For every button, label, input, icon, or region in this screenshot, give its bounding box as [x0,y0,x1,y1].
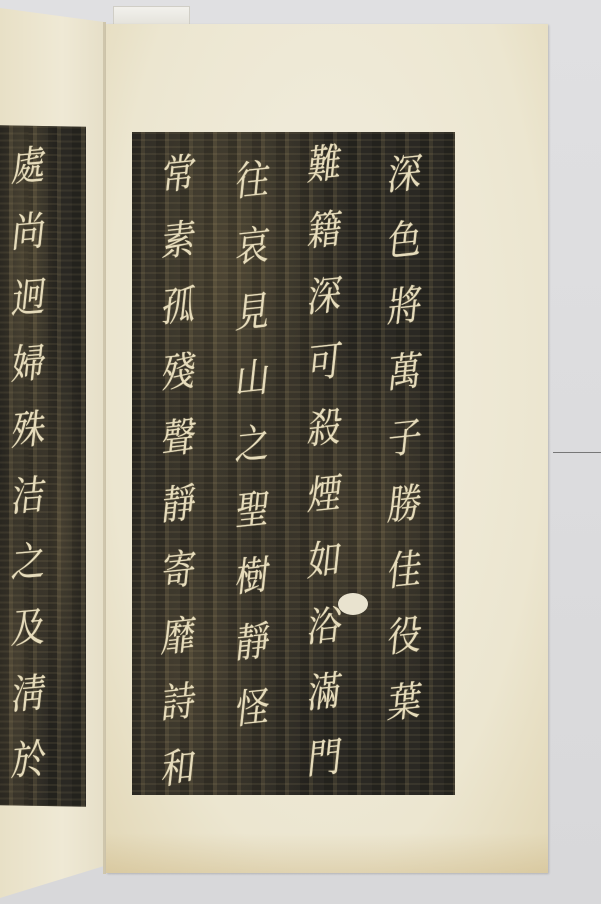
calligraphy-character: 佳 [382,536,423,605]
calligraphy-character: 山 [230,344,271,413]
calligraphy-character: 迥 [6,264,47,333]
calligraphy-character: 詩 [156,668,197,737]
calligraphy-character: 洁 [6,462,47,531]
calligraphy-character: 於 [6,726,47,795]
calligraphy-character: 尚 [6,198,47,267]
calligraphy-character: 聲 [156,404,197,473]
calligraphy-character: 萬 [382,338,423,407]
calligraphy-character: 殊 [6,396,47,465]
calligraphy-character: 靜 [230,608,271,677]
calligraphy-character: 殺 [302,394,343,463]
calligraphy-character: 可 [302,328,343,397]
calligraphy-character: 常 [156,140,197,209]
left-rubbing: 處尚迥婦殊洁之及淸於 [0,125,86,807]
calligraphy-column: 難籍深可殺煙如浴滿門 [302,132,342,792]
paper-stain [338,593,368,615]
calligraphy-character: 如 [302,526,343,595]
calligraphy-character: 之 [6,528,47,597]
right-rubbing: 深色將萬子勝佳役葉 難籍深可殺煙如浴滿門 往哀見山之聖樹靜怪 常素孤殘聲靜寄靡詩… [132,132,455,795]
calligraphy-character: 煙 [302,460,343,529]
calligraphy-column: 處尚迥婦殊洁之及淸於 [6,133,46,794]
calligraphy-character: 門 [302,724,343,793]
calligraphy-character: 役 [382,602,423,671]
calligraphy-character: 樹 [230,542,271,611]
calligraphy-character: 及 [6,594,47,663]
string-mark [553,452,601,453]
calligraphy-character: 孤 [156,272,197,341]
calligraphy-column: 往哀見山之聖樹靜怪 [230,148,270,742]
calligraphy-character: 和 [156,734,197,795]
calligraphy-character: 滿 [302,658,343,727]
calligraphy-character: 怪 [230,674,271,743]
calligraphy-character: 哀 [230,212,271,281]
calligraphy-character: 殘 [156,338,197,407]
calligraphy-character: 子 [382,404,423,473]
calligraphy-column: 深色將萬子勝佳役葉 [382,142,422,736]
calligraphy-character: 籍 [302,196,343,265]
calligraphy-character: 處 [6,132,47,201]
calligraphy-character: 深 [302,262,343,331]
calligraphy-character: 葉 [382,668,423,737]
calligraphy-character: 浴 [302,592,343,661]
calligraphy-character: 色 [382,206,423,275]
calligraphy-character: 見 [230,278,271,347]
calligraphy-character: 靡 [156,602,197,671]
calligraphy-character: 婦 [6,330,47,399]
calligraphy-character: 難 [302,132,343,200]
calligraphy-character: 往 [230,146,271,215]
calligraphy-character: 寄 [156,536,197,605]
calligraphy-character: 聖 [230,476,271,545]
calligraphy-character: 之 [230,410,271,479]
calligraphy-character: 靜 [156,470,197,539]
calligraphy-character: 勝 [382,470,423,539]
calligraphy-column: 常素孤殘聲靜寄靡詩和 [156,142,196,795]
left-page: 處尚迥婦殊洁之及淸於 [0,8,104,898]
calligraphy-character: 將 [382,272,423,341]
calligraphy-character: 素 [156,206,197,275]
paper-tab [113,6,190,25]
calligraphy-character: 淸 [6,660,47,729]
calligraphy-character: 深 [382,140,423,209]
